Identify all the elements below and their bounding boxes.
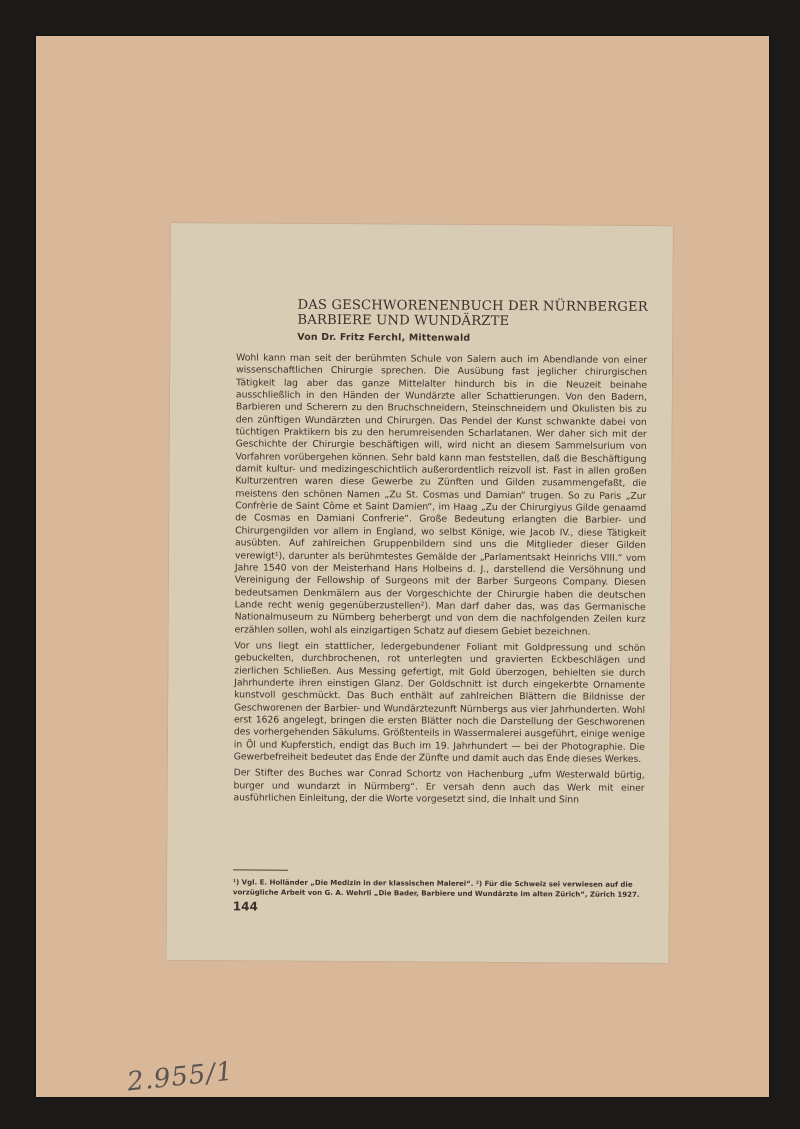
footnotes: ¹) Vgl. E. Holländer „Die Medizin in der… [233,877,647,900]
article-page: DAS GESCHWORENENBUCH DER NÜRNBERGER BARB… [166,223,672,963]
page-number: 144 [233,899,258,913]
footnote-divider [233,869,288,870]
title-line-2: BARBIERE UND WUNDÄRZTE [297,313,509,329]
mount-card: DAS GESCHWORENENBUCH DER NÜRNBERGER BARB… [36,36,769,1097]
paragraph-3: Der Stifter des Buches war Conrad Schort… [233,768,644,808]
article-body: Wohl kann man seit der berühmten Schule … [233,352,647,811]
article-title: DAS GESCHWORENENBUCH DER NÜRNBERGER BARB… [297,298,657,330]
handwritten-inventory-number: 2.955/1 [126,1057,235,1098]
author-byline: Von Dr. Fritz Ferchl, Mittenwald [297,332,470,344]
paragraph-1: Wohl kann man seit der berühmten Schule … [234,352,647,638]
paragraph-2: Vor uns liegt ein stattlicher, ledergebu… [234,640,646,766]
